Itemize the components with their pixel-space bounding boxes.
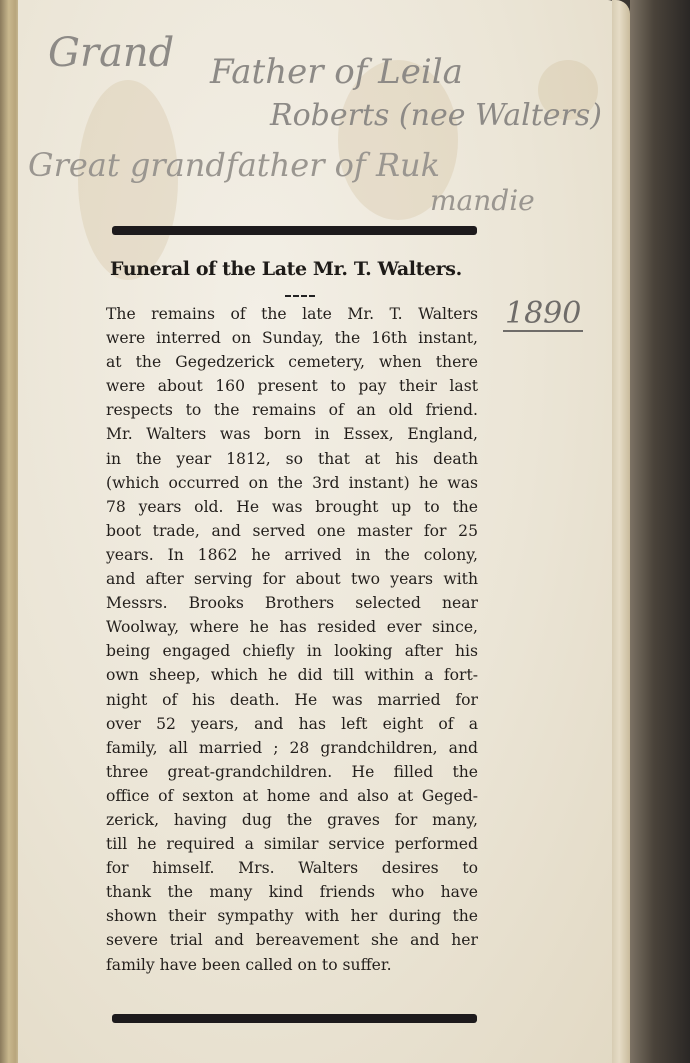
article-line: thank the many kind friends who have: [106, 880, 478, 904]
article-line: 78 years old. He was brought up to the: [106, 495, 478, 519]
handwritten-year-note: 1890: [503, 298, 583, 332]
article-line: years. In 1862 he arrived in the colony,: [106, 543, 478, 567]
article-body: The remains of the late Mr. T. Walters w…: [106, 302, 478, 977]
page-edge: [612, 0, 630, 1063]
article-line: and after serving for about two years wi…: [106, 567, 478, 591]
article-line: at the Gegedzerick cemetery, when there: [106, 350, 478, 374]
article-line: boot trade, and served one master for 25: [106, 519, 478, 543]
article-line: Mr. Walters was born in Essex, England,: [106, 422, 478, 446]
article-line: shown their sympathy with her during the: [106, 904, 478, 928]
book-cover-edge: [630, 0, 690, 1063]
article-line: Woolway, where he has resided ever since…: [106, 615, 478, 639]
article-line: office of sexton at home and also at Geg…: [106, 784, 478, 808]
article-line: till he required a similar service perfo…: [106, 832, 478, 856]
article-line: severe trial and bereavement she and her: [106, 928, 478, 952]
article-line: own sheep, which he did till within a fo…: [106, 663, 478, 687]
article-line: respects to the remains of an old friend…: [106, 398, 478, 422]
top-divider-rule: [112, 226, 477, 235]
article-line: family, all married ; 28 grandchildren, …: [106, 736, 478, 760]
article-line: for himself. Mrs. Walters desires to: [106, 856, 478, 880]
article-line: being engaged chiefly in looking after h…: [106, 639, 478, 663]
article-line: The remains of the late Mr. T. Walters: [106, 302, 478, 326]
handwritten-note-line2: Roberts (nee Walters): [270, 98, 602, 133]
article-line: (which occurred on the 3rd instant) he w…: [106, 471, 478, 495]
article-line: family have been called on to suffer.: [106, 953, 478, 977]
handwritten-note-line4: mandie: [430, 184, 535, 217]
article-line: three great-grandchildren. He filled the: [106, 760, 478, 784]
title-dash-divider: [285, 295, 315, 299]
article-line: Messrs. Brooks Brothers selected near: [106, 591, 478, 615]
handwritten-note-line1-a: Grand: [48, 30, 174, 76]
article-line: were interred on Sunday, the 16th instan…: [106, 326, 478, 350]
article-line: in the year 1812, so that at his death: [106, 447, 478, 471]
article-title: Funeral of the Late Mr. T. Walters.: [110, 258, 482, 280]
article-line: night of his death. He was married for: [106, 688, 478, 712]
handwritten-note-line3: Great grandfather of Ruk: [28, 146, 440, 184]
handwritten-note-line1: Father of Leila: [210, 52, 463, 92]
article-line: zerick, having dug the graves for many,: [106, 808, 478, 832]
article-line: over 52 years, and has left eight of a: [106, 712, 478, 736]
bottom-divider-rule: [112, 1014, 477, 1023]
article-line: were about 160 present to pay their last: [106, 374, 478, 398]
